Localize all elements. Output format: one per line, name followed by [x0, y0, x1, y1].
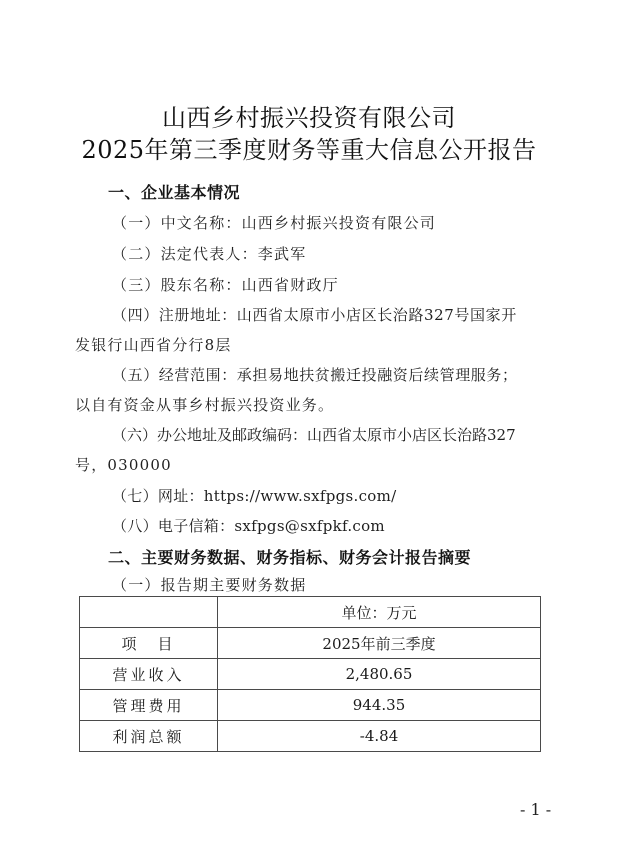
- section2-heading: 二、主要财务数据、财务指标、财务会计报告摘要: [108, 545, 471, 568]
- info-legal-representative: （二）法定代表人：李武军: [112, 243, 306, 264]
- info-registered-address: （四）注册地址：山西省太原市小店区长治路327号国家开: [112, 304, 517, 325]
- table-row-value: 944.35: [218, 690, 541, 721]
- info-shareholder: （三）股东名称：山西省财政厅: [112, 274, 339, 295]
- info-email: （八）电子信箱：sxfpgs@sxfpkf.com: [112, 515, 385, 536]
- table-unit-row: 单位：万元: [80, 597, 541, 628]
- table-row: 营业收入 2,480.65: [80, 659, 541, 690]
- table-row-value: -4.84: [218, 721, 541, 752]
- financial-data-table: 单位：万元 项 目 2025年前三季度 营业收入 2,480.65 管理费用 9…: [79, 596, 541, 752]
- info-chinese-name: （一）中文名称：山西乡村振兴投资有限公司: [112, 212, 436, 233]
- table-unit-label: 单位：万元: [218, 597, 541, 628]
- section1-heading: 一、企业基本情况: [108, 180, 240, 203]
- section2-subheading: （一）报告期主要财务数据: [112, 574, 306, 595]
- page-number: - 1 -: [520, 800, 551, 819]
- info-website: （七）网址：https://www.sxfpgs.com/: [112, 485, 396, 506]
- table-row-label: 营业收入: [80, 659, 218, 690]
- info-office-address: （六）办公地址及邮政编码：山西省太原市小店区长治路327: [112, 424, 516, 445]
- document-title-line1: 山西乡村振兴投资有限公司: [0, 98, 618, 133]
- table-header-item: 项 目: [80, 628, 218, 659]
- table-header-row: 项 目 2025年前三季度: [80, 628, 541, 659]
- table-row: 管理费用 944.35: [80, 690, 541, 721]
- info-office-address-cont: 号，030000: [75, 454, 172, 475]
- info-registered-address-cont: 发银行山西省分行8层: [75, 334, 232, 355]
- table-row: 利润总额 -4.84: [80, 721, 541, 752]
- document-title-line2: 2025年第三季度财务等重大信息公开报告: [0, 130, 618, 165]
- table-row-label: 利润总额: [80, 721, 218, 752]
- table-cell-empty: [80, 597, 218, 628]
- table-row-label: 管理费用: [80, 690, 218, 721]
- table-header-period: 2025年前三季度: [218, 628, 541, 659]
- info-business-scope-cont: 以自有资金从事乡村振兴投资业务。: [75, 394, 334, 415]
- table-row-value: 2,480.65: [218, 659, 541, 690]
- info-business-scope: （五）经营范围：承担易地扶贫搬迁投融资后续管理服务；: [112, 364, 518, 385]
